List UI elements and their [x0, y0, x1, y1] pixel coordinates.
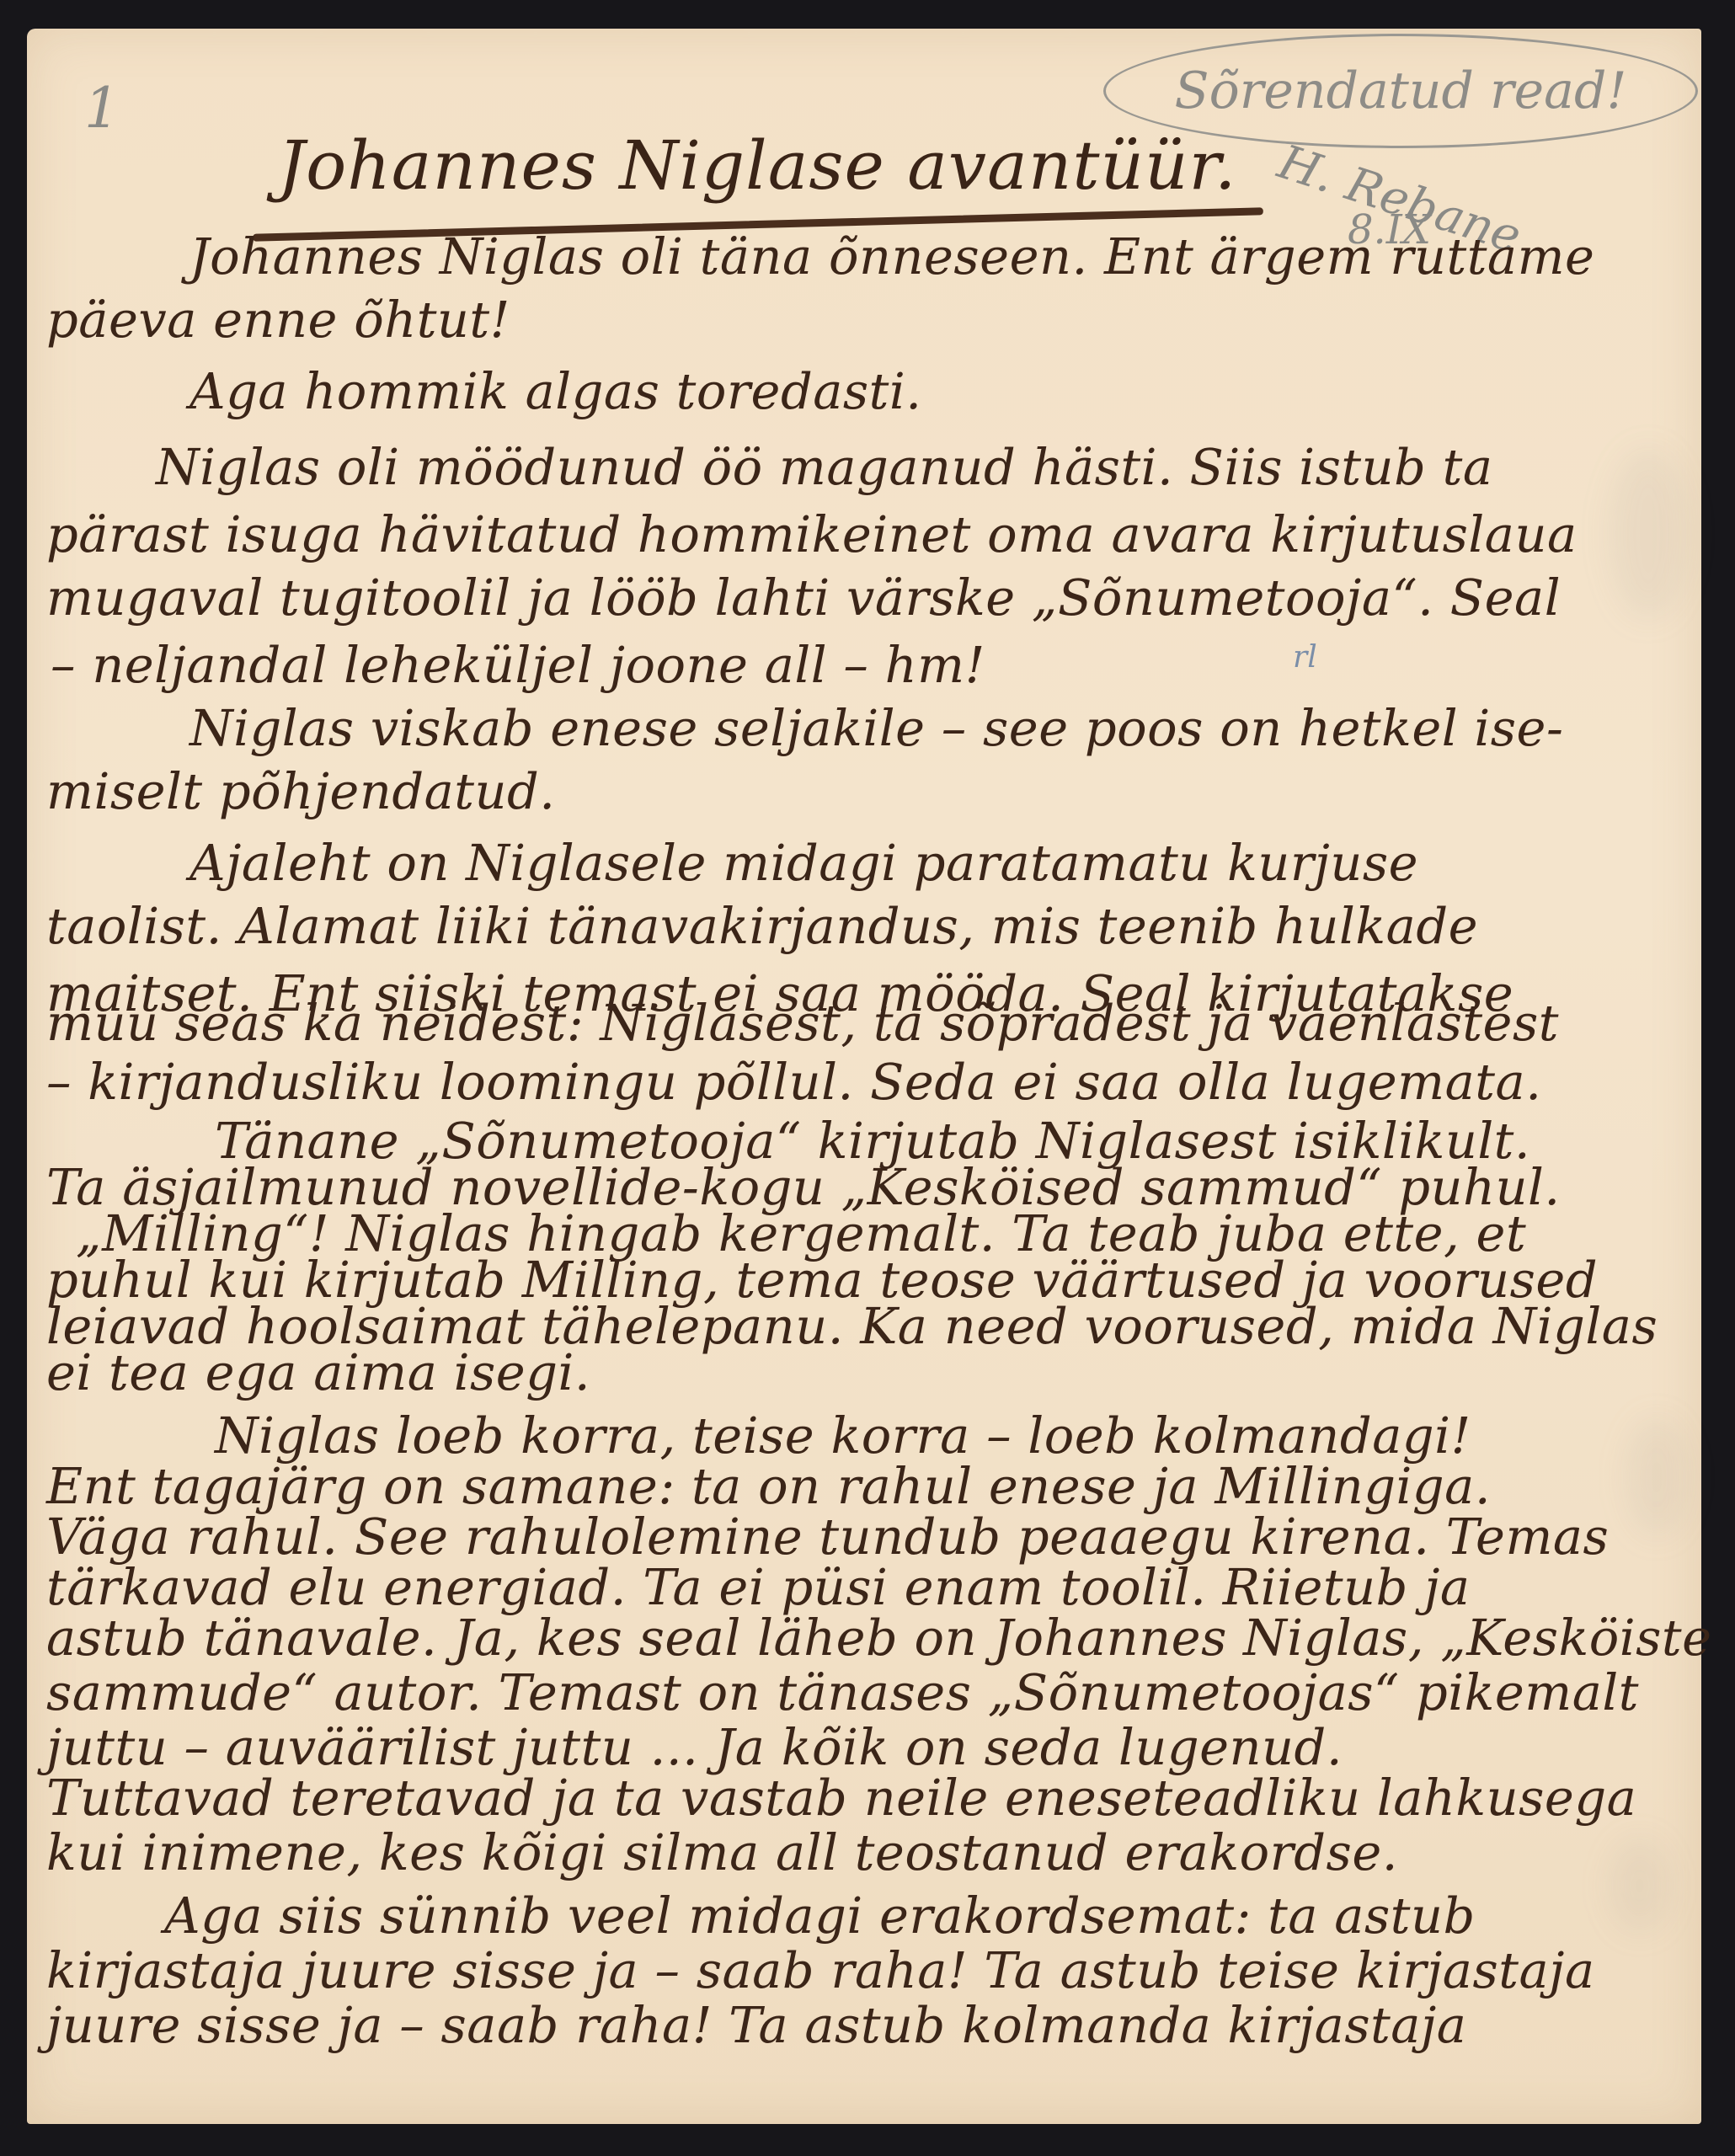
- text-line: Tuttavad teretavad ja ta vastab neile en…: [46, 1769, 1636, 1827]
- text-line: juttu – auväärilist juttu ... Ja kõik on…: [46, 1718, 1343, 1776]
- text-line: mugaval tugitoolil ja lööb lahti värske …: [46, 568, 1561, 627]
- text-line: tärkavad elu energiad. Ta ei püsi enam t…: [46, 1558, 1471, 1616]
- text-line: päeva enne õhtut!: [46, 291, 510, 349]
- text-line: pärast isuga hävitatud hommikeinet oma a…: [46, 505, 1578, 563]
- text-line: kirjastaja juure sisse ja – saab raha! T…: [46, 1941, 1595, 1999]
- text-line: ei tea ega aima isegi.: [46, 1343, 590, 1401]
- text-line: muu seas ka neidest: Niglasest, ta sõpra…: [46, 994, 1559, 1052]
- text-line: miselt põhjendatud.: [46, 762, 556, 820]
- text-line: Aga hommik algas toredasti.: [190, 362, 922, 420]
- text-line: Aga siis sünnib veel midagi erakordsemat…: [164, 1886, 1476, 1945]
- text-line: Ajaleht on Niglasele midagi paratamatu k…: [190, 834, 1418, 892]
- text-line: taolist. Alamat liiki tänavakirjandus, m…: [46, 897, 1478, 955]
- text-line: kui inimene, kes kõigi silma all teostan…: [46, 1823, 1398, 1881]
- text-line: Niglas loeb korra, teise korra – loeb ko…: [215, 1406, 1471, 1465]
- text-line: astub tänavale. Ja, kes seal läheb on Jo…: [46, 1609, 1712, 1667]
- manuscript-body: Johannes Niglas oli täna õnneseen. Ent ä…: [0, 0, 1735, 2156]
- text-line: Ent tagajärg on samane: ta on rahul enes…: [46, 1457, 1491, 1515]
- text-line: – neljandal leheküljel joone all – hm!: [51, 636, 985, 694]
- text-line: sammude“ autor. Temast on tänases „Sõnum…: [46, 1663, 1639, 1721]
- text-line: Niglas viskab enese seljakile – see poos…: [190, 699, 1563, 757]
- text-line: Johannes Niglas oli täna õnneseen. Ent ä…: [190, 227, 1594, 286]
- text-line: juure sisse ja – saab raha! Ta astub kol…: [46, 1996, 1466, 2054]
- text-line: Väga rahul. See rahulolemine tundub peaa…: [46, 1508, 1609, 1566]
- text-line: – kirjandusliku loomingu põllul. Seda ei…: [46, 1053, 1541, 1111]
- text-line: Niglas oli möödunud öö maganud hästi. Si…: [156, 438, 1493, 496]
